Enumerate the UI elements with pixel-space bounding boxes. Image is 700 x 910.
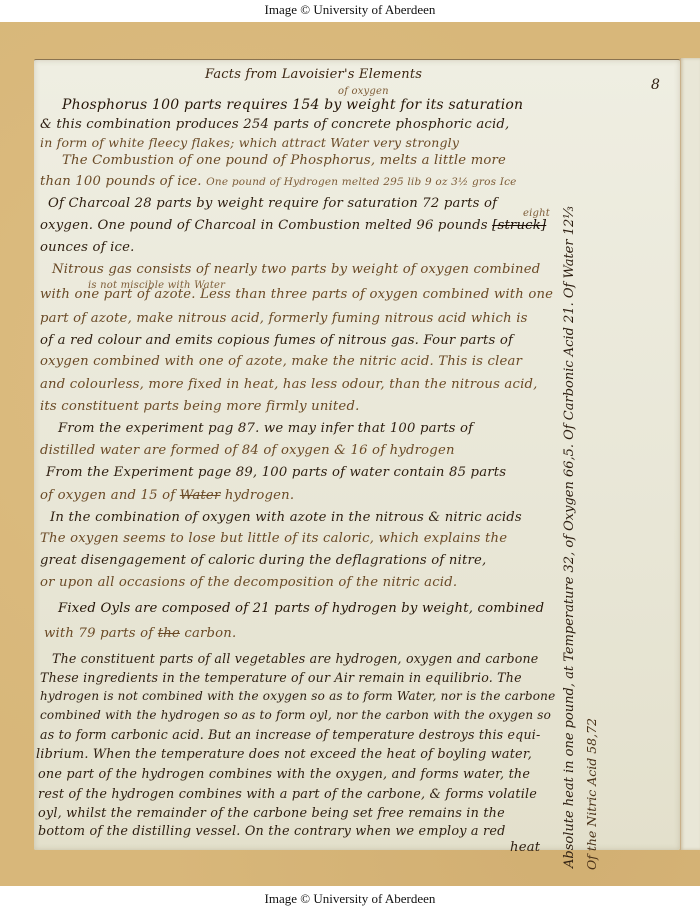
text-line-main: of oxygen and 15 of	[40, 488, 175, 503]
text-line: in form of white fleecy flakes; which at…	[40, 135, 459, 150]
text-line-after: hydrogen.	[225, 488, 294, 503]
margin-note-absolute-heat: Absolute heat in one pound, at Temperatu…	[562, 206, 577, 868]
image-credit-top: Image © University of Aberdeen	[0, 2, 700, 18]
text-line: with one part of azote. Less than three …	[40, 287, 553, 302]
text-line: with 79 parts of the carbon.	[44, 626, 236, 641]
page-title: Facts from Lavoisier's Elements	[205, 67, 422, 82]
text-line: its constituent parts being more firmly …	[40, 399, 359, 414]
text-line-addition: One pound of Hydrogen melted 295 lib 9 o…	[206, 176, 517, 188]
text-line: of a red colour and emits copious fumes …	[40, 333, 513, 348]
text-line: rest of the hydrogen combines with a par…	[38, 787, 537, 802]
text-line: Phosphorus 100 parts requires 154 by wei…	[62, 97, 523, 113]
text-line: hydrogen is not combined with the oxygen…	[40, 689, 555, 703]
text-line: In the combination of oxygen with azote …	[50, 510, 522, 525]
text-line: as to form carbonic acid. But an increas…	[40, 727, 540, 742]
text-line: These ingredients in the temperature of …	[40, 670, 522, 685]
text-line: oyl, whilst the remainder of the carbone…	[38, 806, 505, 821]
text-line: Of Charcoal 28 parts by weight require f…	[48, 196, 497, 211]
text-line-after: carbon.	[184, 626, 236, 641]
text-line: The oxygen seems to lose but little of i…	[40, 531, 507, 546]
text-line: distilled water are formed of 84 of oxyg…	[40, 443, 455, 458]
margin-note-nitric-acid: Of the Nitric Acid 58,72	[584, 718, 599, 870]
text-line: From the experiment pag 87. we may infer…	[58, 421, 473, 436]
page-number: 8	[651, 77, 660, 93]
text-line: combined with the hydrogen so as to form…	[40, 708, 551, 722]
text-line: oxygen. One pound of Charcoal in Combust…	[40, 218, 546, 233]
struck-word: Water	[180, 488, 221, 503]
text-line: than 100 pounds of ice. One pound of Hyd…	[40, 174, 517, 189]
text-line: librium. When the temperature does not e…	[36, 747, 532, 762]
text-line: great disengagement of caloric during th…	[40, 553, 486, 568]
text-line: The Combustion of one pound of Phosphoru…	[62, 153, 506, 168]
text-line: and colourless, more fixed in heat, has …	[40, 377, 538, 392]
text-line-main: than 100 pounds of ice.	[40, 174, 202, 189]
interlinear-insert: of oxygen	[338, 86, 389, 97]
text-line-main: with 79 parts of	[44, 626, 153, 641]
text-line: & this combination produces 254 parts of…	[40, 117, 509, 132]
text-line-main: oxygen. One pound of Charcoal in Combust…	[40, 218, 488, 233]
text-line: The constituent parts of all vegetables …	[52, 651, 538, 666]
adjacent-page-edge	[680, 58, 700, 850]
text-line: of oxygen and 15 of Water hydrogen.	[40, 488, 294, 503]
text-line: part of azote, make nitrous acid, former…	[40, 311, 528, 326]
text-line: one part of the hydrogen combines with t…	[38, 767, 530, 782]
struck-word: the	[158, 626, 180, 641]
text-line: or upon all occasions of the decompositi…	[40, 575, 457, 590]
text-line: bottom of the distilling vessel. On the …	[38, 824, 506, 839]
image-credit-bottom: Image © University of Aberdeen	[0, 891, 700, 907]
struck-word: [struck]	[492, 218, 546, 233]
text-line: Nitrous gas consists of nearly two parts…	[52, 262, 540, 277]
text-line: From the Experiment page 89, 100 parts o…	[46, 465, 506, 480]
text-line: oxygen combined with one of azote, make …	[40, 354, 522, 369]
text-line: heat	[510, 840, 540, 855]
text-line: ounces of ice.	[40, 240, 135, 255]
text-line: Fixed Oyls are composed of 21 parts of h…	[58, 601, 544, 616]
